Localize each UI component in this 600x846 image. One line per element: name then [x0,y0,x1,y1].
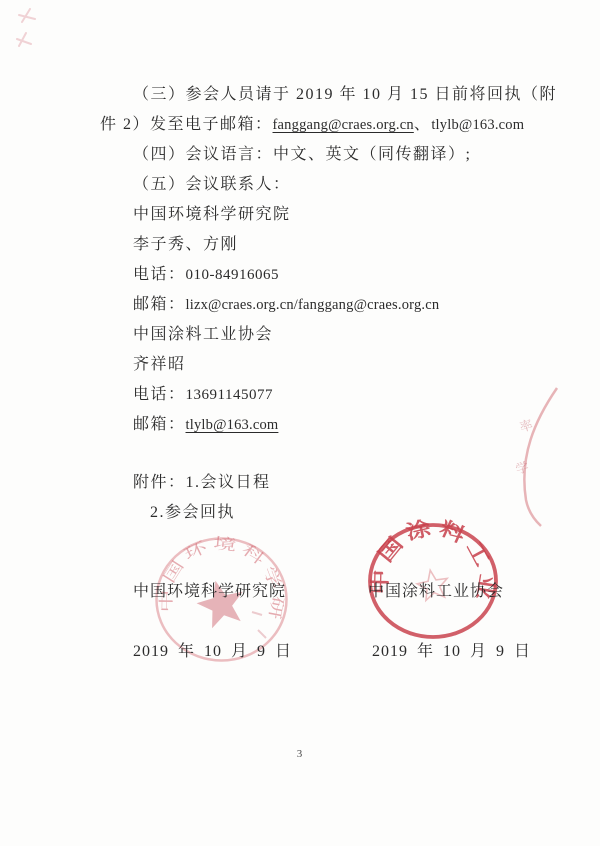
contact2-phone-number: 13691145077 [186,387,273,403]
email-tlylb: tlylb@163.com [431,117,524,133]
red-bleedthrough-marks [14,6,58,52]
document-body: （三）参会人员请于 2019 年 10 月 15 日前将回执（附 件 2）发至电… [100,80,540,528]
contact1-phone-number: 010-84916065 [186,267,280,283]
contact2-org: 中国涂料工业协会 [100,320,540,350]
signature-date-right: 2019 年 10 月 9 日 [372,638,531,661]
contact2-phone-label: 电话： [133,386,186,403]
paragraph-3-line-1: （三）参会人员请于 2019 年 10 月 15 日前将回执（附 [100,80,540,110]
contact1-org: 中国环境科学研究院 [100,200,540,230]
seal-craes-arc-text: 中国环境科学研究院 [134,512,287,625]
attachments-label: 附件： [133,474,186,491]
attachment-item-1: 1.会议日程 [186,474,271,491]
paragraph-5: （五）会议联系人： [100,170,540,200]
contact1-email-address: lizx@craes.org.cn/fanggang@craes.org.cn [186,297,440,313]
paragraph-3-line-2: 件 2）发至电子邮箱：fanggang@craes.org.cn、tlylb@1… [100,110,540,140]
contact2-email-address: tlylb@163.com [186,417,279,433]
attachment-line-1: 附件：1.会议日程 [100,468,540,498]
contact2-phone: 电话：13691145077 [100,380,540,410]
page-number: 3 [0,748,600,760]
signature-org-right: 中国涂料工业协会 [368,578,504,601]
contact1-email: 邮箱：lizx@craes.org.cn/fanggang@craes.org.… [100,290,540,320]
line2-separator: 、 [414,116,432,133]
scanned-document-page: （三）参会人员请于 2019 年 10 月 15 日前将回执（附 件 2）发至电… [0,0,600,846]
attachments: 附件：1.会议日程 2.参会回执 [100,468,540,528]
contact1-phone-label: 电话： [133,266,186,283]
signature-org-left: 中国环境科学研究院 [133,578,286,601]
contact2-email: 邮箱：tlylb@163.com [100,410,540,440]
paragraph-4: （四）会议语言：中文、英文（同传翻译）; [100,140,540,170]
attachment-item-2: 2.参会回执 [100,498,540,528]
line2-prefix: 件 2）发至电子邮箱： [100,116,273,133]
contact2-email-label: 邮箱： [133,416,186,433]
contact1-email-label: 邮箱： [133,296,186,313]
signature-date-left: 2019 年 10 月 9 日 [133,638,292,661]
svg-text:中国环境科学研究院: 中国环境科学研究院 [134,512,287,625]
contact1-names: 李子秀、方刚 [100,230,540,260]
contact1-phone: 电话：010-84916065 [100,260,540,290]
email-fanggang: fanggang@craes.org.cn [273,117,414,133]
contact2-name: 齐祥昭 [100,350,540,380]
